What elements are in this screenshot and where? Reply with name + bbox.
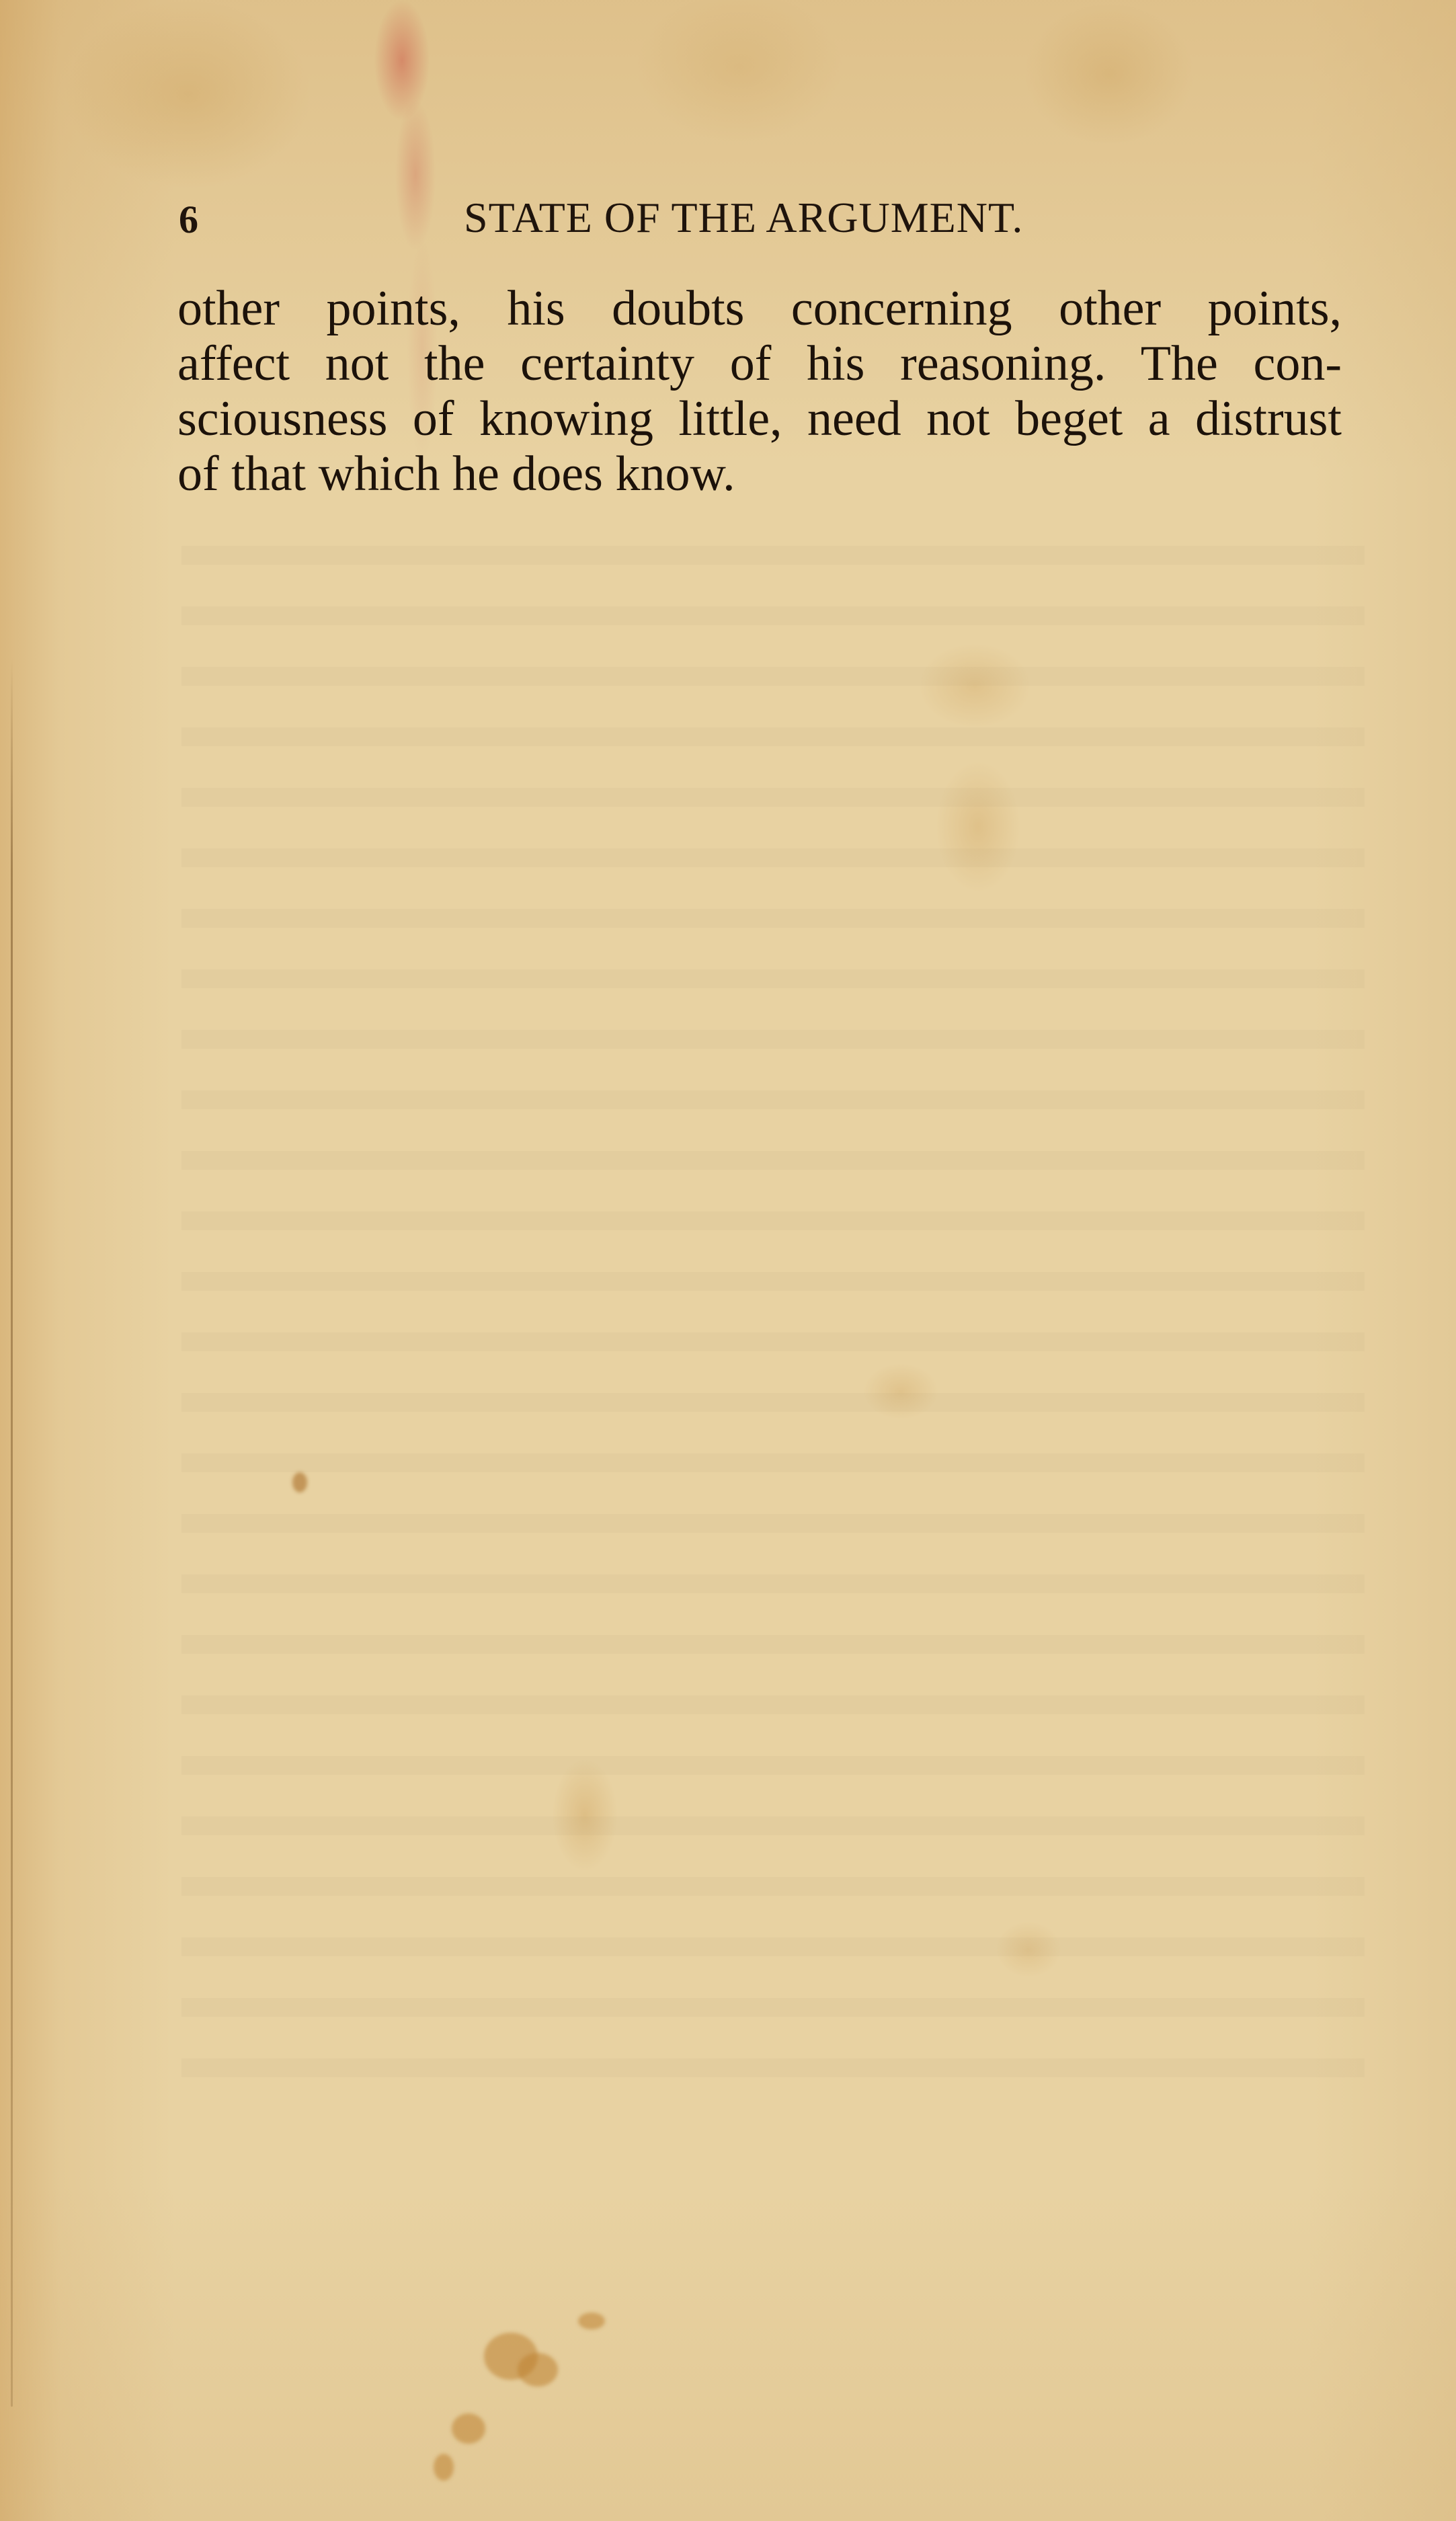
text-line: affect not the certainty of his reasonin… — [177, 336, 1342, 391]
foxing-stain — [452, 2413, 485, 2444]
page-number: 6 — [179, 200, 198, 239]
book-page: 6 STATE OF THE ARGUMENT. other points, h… — [0, 0, 1456, 2521]
foxing-stain — [292, 1472, 307, 1492]
paper-crease — [11, 659, 13, 2407]
text-line: other points, his doubts concerning othe… — [177, 281, 1342, 336]
running-header: 6 STATE OF THE ARGUMENT. — [0, 0, 1456, 269]
text-line: sciousness of knowing little, need not b… — [177, 391, 1342, 446]
bleed-through-text — [181, 511, 1365, 2111]
foxing-stain — [434, 2454, 454, 2481]
text-line: of that which he does know. — [177, 446, 1342, 502]
foxing-stain — [518, 2353, 558, 2387]
body-paragraph: other points, his doubts concerning othe… — [177, 281, 1342, 502]
running-head-title: STATE OF THE ARGUMENT. — [464, 196, 1082, 239]
foxing-stain — [578, 2313, 605, 2329]
